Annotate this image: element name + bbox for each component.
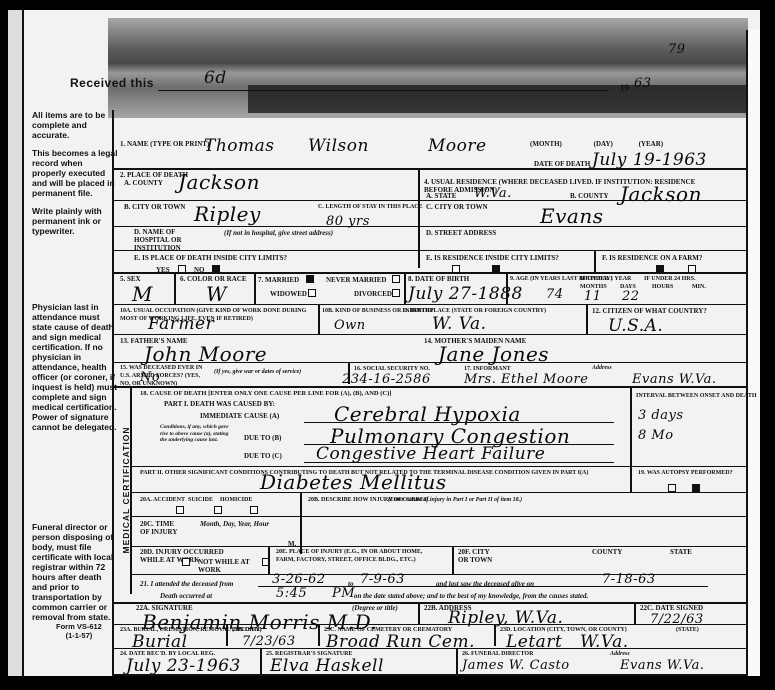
occupation: Farmer <box>148 314 214 334</box>
decedent-first-name: Thomas <box>204 136 275 156</box>
death-certificate: Received this 6d 19 63 79 All items are … <box>8 10 760 676</box>
race-value: W <box>206 282 227 306</box>
death-time: 5:45 <box>276 586 307 601</box>
autopsy-yes-checkbox[interactable] <box>668 484 676 492</box>
accident-checkbox[interactable] <box>176 506 184 514</box>
physician-address: Ripley, W.Va. <box>448 608 563 628</box>
industry: Own <box>334 318 366 333</box>
informant: Mrs. Ethel Moore <box>464 372 588 387</box>
sidebar-notes-funeral: Funeral director or person disposing of … <box>32 522 118 630</box>
decedent-middle-name: Wilson <box>308 136 369 156</box>
right-margin <box>746 30 760 680</box>
informant-address: Evans W.Va. <box>632 372 717 387</box>
note-complete: All items are to be complete and accurat… <box>32 110 118 140</box>
cemetery: Broad Run Cem. <box>326 632 475 652</box>
city-label: b. City or Town <box>124 203 185 212</box>
date-received-local-registrar: July 23-1963 <box>126 656 241 676</box>
homicide-checkbox[interactable] <box>250 506 258 514</box>
widowed-checkbox[interactable] <box>308 289 316 297</box>
sidebar-notes-top: All items are to be complete and accurat… <box>32 110 118 244</box>
never-married-checkbox[interactable] <box>392 275 400 283</box>
part-2-conditions: Diabetes Mellitus <box>260 470 447 494</box>
death-ampm: PM <box>332 586 355 601</box>
inside-limits-label: e. Is place of death inside city limits? <box>134 254 287 262</box>
received-label: Received this <box>70 76 154 90</box>
age-months: 11 <box>584 289 602 304</box>
burial-location-state: W.Va. <box>580 632 629 652</box>
death-county: Jackson <box>178 170 260 194</box>
note-funeral: Funeral director or person disposing of … <box>32 522 118 622</box>
scan-border-bottom <box>0 676 775 690</box>
armed-forces: No <box>140 370 160 385</box>
scan-border-right <box>760 0 775 690</box>
autopsy-no-checkbox[interactable] <box>692 484 700 492</box>
farm-label: f. Is residence on a farm? <box>602 254 702 262</box>
burial-date: 7/23/63 <box>242 634 296 649</box>
res-county: Jackson <box>620 182 702 206</box>
res-state: W.Va. <box>474 186 512 201</box>
birthplace: W. Va. <box>432 314 487 334</box>
funeral-director-address: Evans W.Va. <box>620 658 705 673</box>
interval-a: 3 days <box>638 408 684 423</box>
suicide-checkbox[interactable] <box>214 506 222 514</box>
age-years: 74 <box>546 287 564 302</box>
due-to-c: Congestive Heart Failure <box>316 444 545 464</box>
married-checkbox[interactable] <box>306 275 314 283</box>
res-state-label: a. State <box>426 192 456 200</box>
res-inside-limits-label: e. Is residence inside city limits? <box>426 254 559 262</box>
res-city: Evans <box>540 204 603 228</box>
received-line <box>158 90 608 91</box>
res-city-label: c. City or Town <box>426 203 488 211</box>
at-work-checkbox[interactable] <box>182 558 190 566</box>
divorced-checkbox[interactable] <box>392 289 400 297</box>
attended-to: 7-9-63 <box>360 572 405 587</box>
sidebar-notes-physician: Physician last in attendance must state … <box>32 302 118 440</box>
res-county-label: b. County <box>570 192 609 200</box>
street-label: d. Street Address <box>426 229 496 237</box>
file-number: 79 <box>668 42 686 57</box>
form-left-border <box>112 110 114 676</box>
interval-b: 8 Mo <box>638 428 674 443</box>
medical-certification-label: MEDICAL CERTIFICATION <box>116 390 130 590</box>
age-days: 22 <box>622 289 640 304</box>
left-margin <box>8 10 24 676</box>
social-security-number: 234-16-2586 <box>342 372 431 387</box>
burial-location: Letart <box>506 632 562 652</box>
registrar-signature: Elva Haskell <box>270 656 384 676</box>
note-legal: This becomes a legal record when properl… <box>32 148 118 198</box>
hospital-note: (If not in hospital, give street address… <box>224 229 333 237</box>
decedent-last-name: Moore <box>428 136 487 156</box>
burial: Burial <box>132 632 188 652</box>
name-label: 1. Name (Type or print) <box>120 140 209 148</box>
note-physician: Physician last in attendance must state … <box>32 302 118 432</box>
sex-value: M <box>132 282 153 306</box>
county-label: a. County <box>124 179 163 187</box>
received-year: 63 <box>634 76 652 91</box>
citizenship: U.S.A. <box>608 316 663 336</box>
form-number: Form VS-612 (1-1-57) <box>56 622 102 640</box>
hospital-label: d. Name of Hospital or Institution <box>134 228 204 252</box>
death-city: Ripley <box>194 202 261 226</box>
date-of-death: July 19-1963 <box>592 150 707 170</box>
date-of-death-label: Date of Death <box>534 160 590 168</box>
length-of-stay-label: c. Length of Stay in this place <box>318 203 423 211</box>
note-write: Write plainly with permanent ink or type… <box>32 206 118 236</box>
received-day: 6d <box>204 68 227 88</box>
funeral-director: James W. Casto <box>462 658 570 673</box>
attended-from: 3-26-62 <box>272 572 326 587</box>
last-saw-alive: 7-18-63 <box>602 572 656 587</box>
